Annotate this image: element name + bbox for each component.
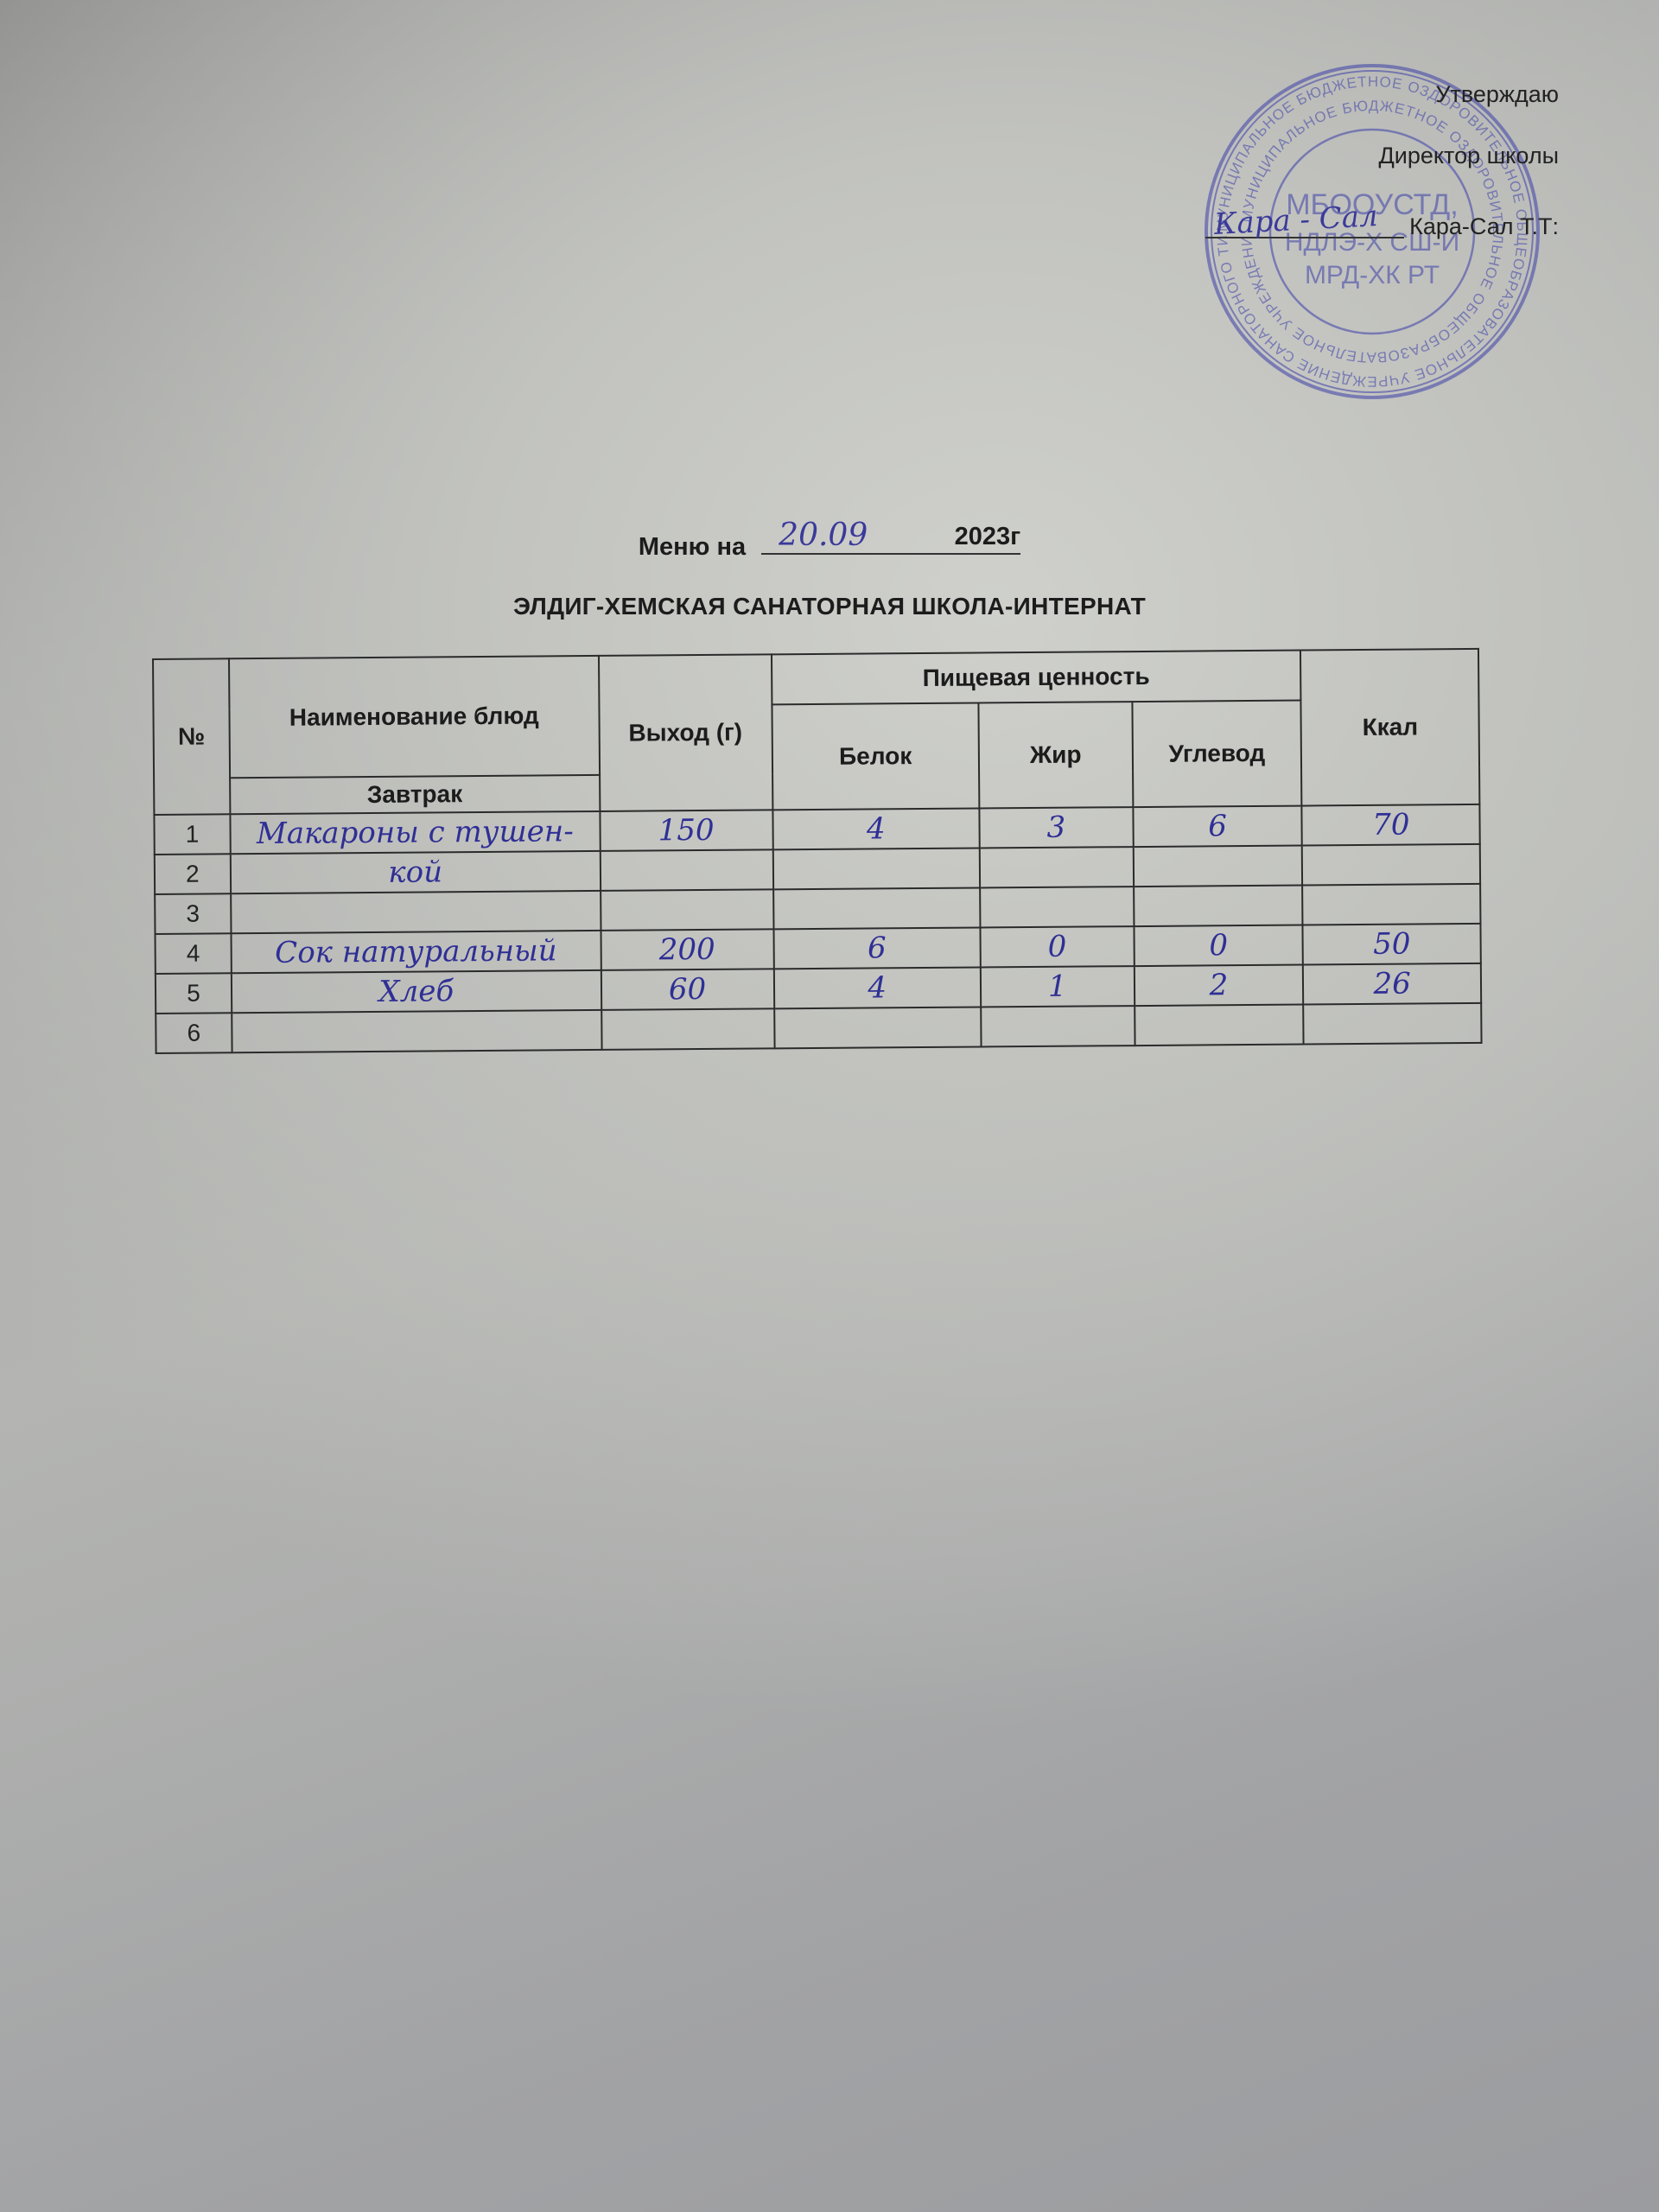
header-kcal: Ккал <box>1300 649 1479 806</box>
row-number: 1 <box>154 814 230 855</box>
position-label: Директор школы <box>1205 144 1559 168</box>
dish-name: Сок натуральный <box>231 931 601 973</box>
carbs-value: 0 <box>1134 925 1303 967</box>
protein-value: 4 <box>773 967 981 1008</box>
menu-table: № Наименование блюд Выход (г) Пищевая це… <box>152 648 1483 1054</box>
protein-value: 6 <box>773 927 981 969</box>
row-number: 2 <box>155 854 231 894</box>
output-grams: 60 <box>601 969 773 1010</box>
fat-value <box>980 887 1134 927</box>
kcal-value: 50 <box>1303 924 1481 965</box>
handwritten-date: 20.09 <box>779 518 868 553</box>
carbs-value <box>1135 1005 1304 1046</box>
dish-name: Макароны с тушен- <box>230 811 600 854</box>
row-number: 3 <box>155 893 231 934</box>
signatory-name: Кара-Сал Т.Т: <box>1409 215 1559 238</box>
header-dish-name: Наименование блюд <box>229 656 600 778</box>
header-number: № <box>153 658 230 815</box>
dish-name: Хлеб <box>232 970 601 1013</box>
row-number: 5 <box>156 973 232 1014</box>
fat-value <box>980 847 1134 887</box>
output-grams <box>601 1008 774 1050</box>
fat-value: 0 <box>980 926 1134 967</box>
approval-block: Утверждаю Директор школы Кара - Сал Кара… <box>1205 83 1559 238</box>
kcal-value: 70 <box>1302 804 1480 846</box>
date-field: 20.09 2023г <box>761 524 1020 555</box>
output-grams: 150 <box>600 810 772 851</box>
fat-value <box>981 1006 1135 1046</box>
carbs-value <box>1134 886 1303 927</box>
output-grams <box>601 889 773 931</box>
year-label: 2023г <box>955 523 1021 551</box>
handwritten-signature: Кара - Сал <box>1213 201 1378 239</box>
kcal-value <box>1302 884 1480 925</box>
protein-value <box>772 848 980 889</box>
dish-name <box>232 1010 601 1052</box>
fat-value: 1 <box>981 966 1135 1007</box>
school-name: ЭЛДИГ-ХЕМСКАЯ САНАТОРНАЯ ШКОЛА-ИНТЕРНАТ <box>0 593 1659 620</box>
kcal-value <box>1304 1003 1482 1045</box>
output-grams: 200 <box>601 929 773 970</box>
fat-value: 3 <box>979 807 1133 848</box>
dish-name <box>231 891 601 933</box>
menu-label: Меню на <box>639 533 746 561</box>
carbs-value <box>1133 846 1302 887</box>
header-protein: Белок <box>772 702 979 810</box>
kcal-value: 26 <box>1303 963 1481 1005</box>
header-nutrition-group: Пищевая ценность <box>771 651 1300 705</box>
kcal-value <box>1302 844 1480 886</box>
meal-section-breakfast: Завтрак <box>230 775 600 814</box>
row-number: 6 <box>156 1013 232 1053</box>
dish-name: кой <box>231 851 601 893</box>
protein-value: 4 <box>772 808 980 849</box>
approve-label: Утверждаю <box>1205 83 1559 106</box>
menu-title: Меню на 20.09 2023г <box>0 524 1659 562</box>
carbs-value: 6 <box>1133 806 1302 848</box>
signature-row: Кара - Сал Кара-Сал Т.Т: <box>1205 206 1559 238</box>
protein-value <box>773 887 981 929</box>
protein-value <box>774 1007 982 1048</box>
signature-line: Кара - Сал <box>1205 206 1404 238</box>
output-grams <box>600 849 772 891</box>
header-output: Выход (г) <box>599 654 772 811</box>
svg-text:МРД-ХК РТ: МРД-ХК РТ <box>1305 261 1440 289</box>
header-carbs: Углевод <box>1132 701 1302 808</box>
carbs-value: 2 <box>1134 965 1303 1007</box>
header-fat: Жир <box>978 702 1133 808</box>
row-number: 4 <box>156 933 232 974</box>
